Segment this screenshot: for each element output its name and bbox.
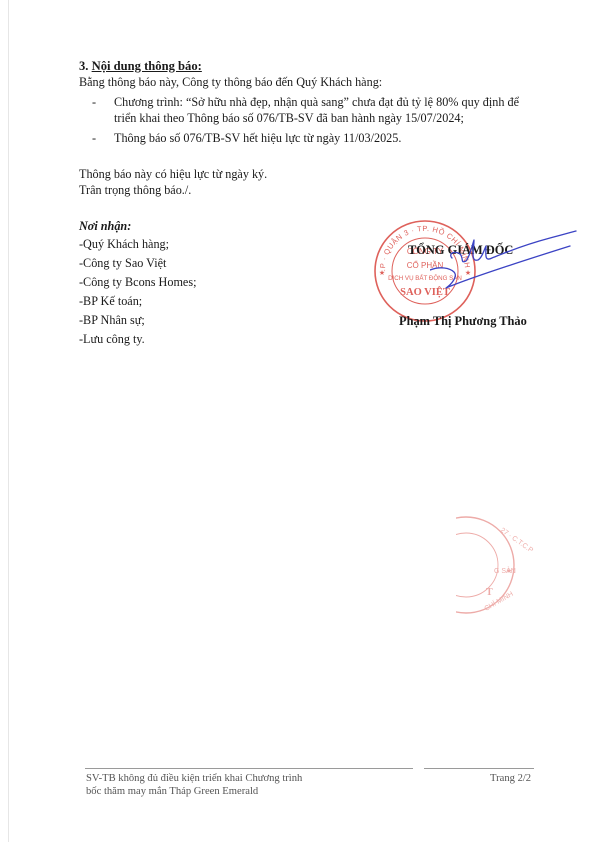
recipient-item: -Lưu công ty. [79, 331, 145, 347]
bullet-text: Chương trình: “Sở hữu nhà đẹp, nhận quà … [114, 95, 519, 109]
intro-paragraph: Bằng thông báo này, Công ty thông báo đế… [79, 74, 382, 90]
page-number: Trang 2/2 [490, 772, 531, 786]
handwritten-signature-icon [430, 228, 580, 298]
recipient-item: -BP Kế toán; [79, 293, 142, 309]
validity-statement: Thông báo này có hiệu lực từ ngày ký. [79, 166, 267, 182]
svg-text:★: ★ [506, 567, 512, 575]
footer-doc-title-line1: SV-TB không đủ điều kiện triển khai Chươ… [86, 772, 302, 786]
bullet-text: Thông báo số 076/TB-SV hết hiệu lực từ n… [114, 131, 401, 145]
recipient-item: -BP Nhân sự; [79, 312, 145, 328]
bullet-dash: - [92, 94, 114, 110]
recipients-title: Nơi nhận: [79, 218, 131, 234]
svg-text:★: ★ [379, 269, 385, 277]
recipient-item: -Công ty Sao Việt [79, 255, 166, 271]
bullet-text-continued: triển khai theo Thông báo số 076/TB-SV đ… [114, 110, 464, 126]
stamp-bleed-icon: 27 · C.T.C.P G SẢN ★ T CHÍ MINH [456, 515, 556, 615]
bullet-dash: - [92, 130, 114, 146]
recipient-item: -Quý Khách hàng; [79, 236, 169, 252]
section-number: 3. [79, 59, 88, 73]
section-title: Nội dung thông báo: [92, 59, 202, 73]
signatory-name: Phạm Thị Phương Thảo [399, 313, 527, 329]
bullet-item: -Thông báo số 076/TB-SV hết hiệu lực từ … [92, 130, 401, 146]
svg-text:27 · C.T.C.P: 27 · C.T.C.P [499, 527, 535, 555]
footer-divider [85, 768, 413, 769]
footer-divider [424, 768, 534, 769]
closing-regards: Trân trọng thông báo./. [79, 182, 191, 198]
svg-text:T: T [486, 587, 493, 598]
footer-doc-title-line2: bốc thăm may mắn Tháp Green Emerald [86, 785, 258, 799]
bullet-item: -Chương trình: “Sở hữu nhà đẹp, nhận quà… [92, 94, 519, 110]
recipient-item: -Công ty Bcons Homes; [79, 274, 196, 290]
page-edge-line [8, 0, 9, 842]
section-heading: 3. Nội dung thông báo: [79, 58, 202, 74]
svg-text:G SẢN: G SẢN [494, 566, 516, 575]
